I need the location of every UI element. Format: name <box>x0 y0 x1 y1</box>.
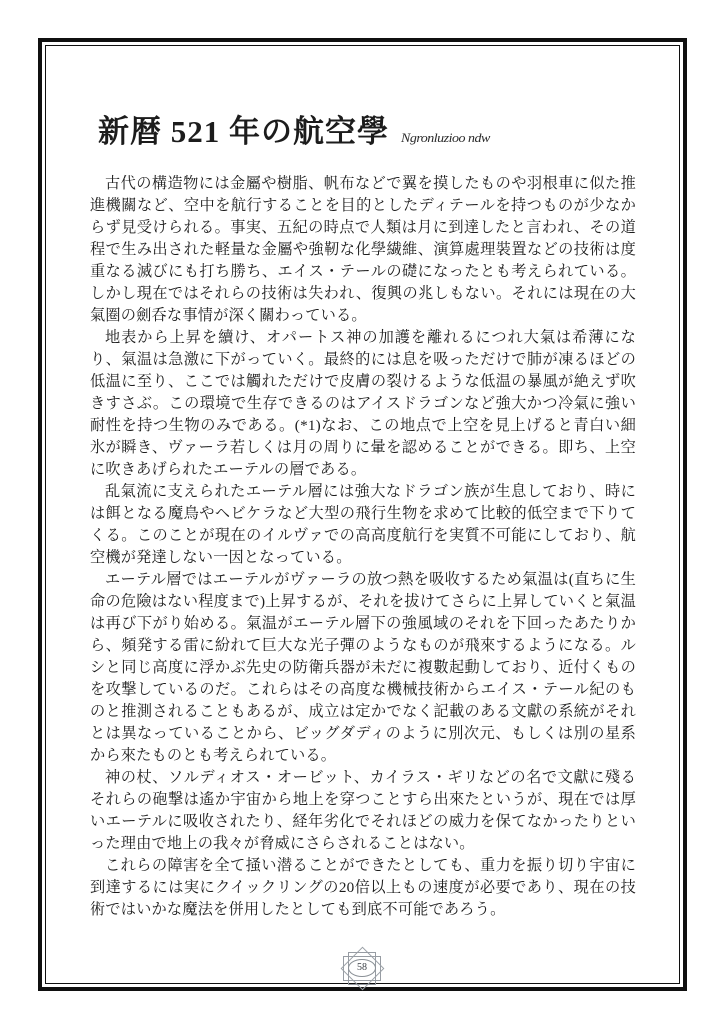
body-text: 古代の構造物には金屬や樹脂、帆布などで翼を摸したものや羽根車に似た推進機關など、… <box>90 173 636 921</box>
paragraph-6: これらの障害を全て掻い潜ることができたとしても、重力を振り切り宇宙に到達するには… <box>90 855 636 921</box>
page-title: 新暦 521 年の航空學Ngronluzioo ndw <box>98 111 636 160</box>
page-number-ornament: 58 <box>340 946 384 990</box>
paragraph-2: 地表から上昇を續け、オパートス神の加護を離れるにつれ大氣は希薄になり、氣温は急激… <box>90 327 636 481</box>
paragraph-5: 神の杖、ソルディオス・オービット、カイラス・ギリなどの名で文獻に殘るそれらの砲撃… <box>90 767 636 855</box>
eorzean-script-text: Ngronluzioo ndw <box>401 120 490 159</box>
page-title-text: 新暦 521 年の航空學 <box>98 114 389 149</box>
paragraph-3: 乱氣流に支えられたエーテル層には強大なドラゴン族が生息しており、時には餌となる魔… <box>90 481 636 569</box>
paragraph-4: エーテル層ではエーテルがヴァーラの放つ熱を吸收するため氣温は(直ちに生命の危險は… <box>90 569 636 767</box>
page-content: 新暦 521 年の航空學Ngronluzioo ndw 古代の構造物には金屬や樹… <box>90 111 636 921</box>
book-page: 新暦 521 年の航空學Ngronluzioo ndw 古代の構造物には金屬や樹… <box>0 0 724 1024</box>
page-number: 58 <box>357 963 367 973</box>
ornament-oval: 58 <box>348 959 376 977</box>
paragraph-1: 古代の構造物には金屬や樹脂、帆布などで翼を摸したものや羽根車に似た推進機關など、… <box>90 173 636 327</box>
